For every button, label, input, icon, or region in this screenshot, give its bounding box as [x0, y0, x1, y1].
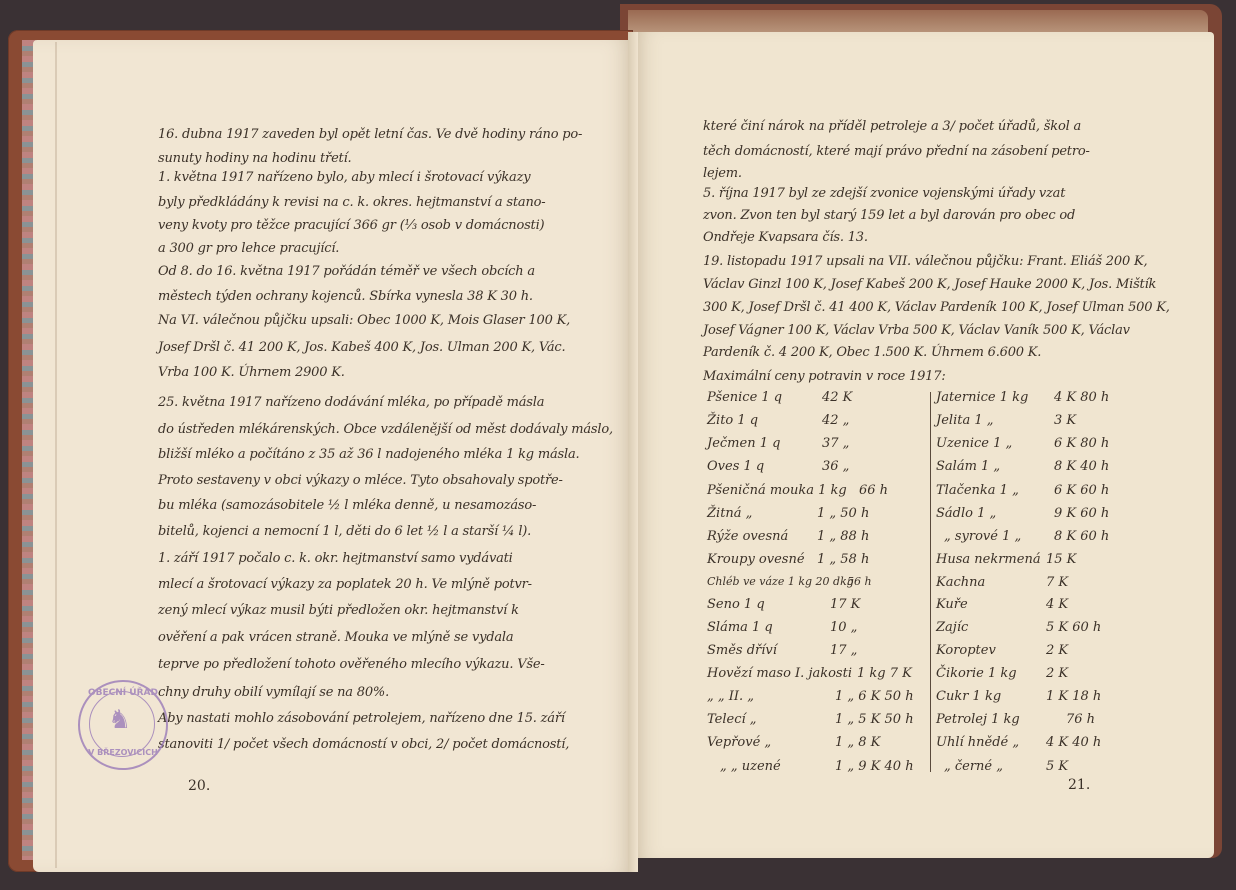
price-item: Telecí „: [707, 712, 757, 727]
price-value: 10 „: [830, 620, 857, 635]
text-line: Josef Dršl č. 41 200 K, Jos. Kabeš 400 K…: [158, 340, 565, 355]
text-line: Václav Ginzl 100 K, Josef Kabeš 200 K, J…: [703, 277, 1156, 292]
price-row: „ „ uzené1 „ 9 K 40 h: [720, 759, 781, 774]
text-line: těch domácností, které mají právo přední…: [703, 144, 1090, 159]
price-item: Žito 1 q: [707, 413, 758, 428]
price-item: Pšenice 1 q: [707, 390, 782, 405]
price-value: 37 „: [822, 436, 849, 451]
price-value: 56 h: [847, 575, 872, 588]
price-item: Chléb ve váze 1 kg 20 dkg: [707, 575, 854, 588]
page-edge-line: [55, 42, 57, 868]
text-line: 16. dubna 1917 zaveden byl opět letní ča…: [158, 127, 582, 142]
text-line: a 300 gr pro lehce pracující.: [158, 241, 339, 256]
lion-emblem-icon: ♞: [108, 707, 131, 733]
price-value: 4 K: [1046, 597, 1068, 612]
table-column-divider: [930, 392, 931, 772]
price-row: Tlačenka 1 „6 K 60 h: [936, 483, 1019, 498]
text-line: 19. listopadu 1917 upsali na VII. válečn…: [703, 254, 1147, 269]
price-row: Kachna7 K: [936, 575, 985, 590]
price-value: 42 „: [822, 413, 849, 428]
price-item: Žitná „: [707, 506, 752, 521]
text-line: bitelů, kojenci a nemocní 1 l, děti do 6…: [158, 524, 531, 539]
price-row: Zajíc5 K 60 h: [936, 620, 968, 635]
price-value: 3 K: [1054, 413, 1076, 428]
page-number-right: 21.: [1068, 777, 1090, 793]
price-row: „ syrové 1 „8 K 60 h: [944, 529, 1021, 544]
text-line: bu mléka (samozásobitele ½ l mléka denně…: [158, 498, 536, 513]
price-value: 1 kg 7 K: [857, 666, 912, 681]
price-row: Ječmen 1 q37 „: [707, 436, 780, 451]
text-line: Aby nastati mohlo zásobování petrolejem,…: [158, 711, 565, 726]
price-value: 1 „ 8 K: [835, 735, 880, 750]
price-item: Kroupy ovesné: [707, 552, 805, 567]
text-line: Maximální ceny potravin v roce 1917:: [703, 369, 946, 384]
price-row: Koroptev2 K: [936, 643, 996, 658]
price-item: Uhlí hnědé „: [936, 735, 1019, 750]
text-line: bližší mléko a počítáno z 35 až 36 l nad…: [158, 447, 579, 462]
price-item: Petrolej 1 kg: [936, 712, 1020, 727]
price-row: Směs dříví17 „: [707, 643, 777, 658]
text-line: zvon. Zvon ten byl starý 159 let a byl d…: [703, 208, 1075, 223]
price-value: 8 K 60 h: [1054, 529, 1109, 544]
text-line: 1. září 1917 počalo c. k. okr. hejtmanst…: [158, 551, 513, 566]
price-row: Rýže ovesná1 „ 88 h: [707, 529, 788, 544]
text-line: byly předkládány k revisi na c. k. okres…: [158, 195, 545, 210]
text-line: Pardeník č. 4 200 K, Obec 1.500 K. Úhrne…: [703, 345, 1041, 360]
price-row: Salám 1 „8 K 40 h: [936, 459, 1000, 474]
stamp-top-text: OBECNÍ ÚŘAD: [80, 688, 166, 698]
text-line: 300 K, Josef Dršl č. 41 400 K, Václav Pa…: [703, 300, 1170, 315]
price-row: Cukr 1 kg1 K 18 h: [936, 689, 1001, 704]
text-line: Ondřeje Kvapsara čís. 13.: [703, 230, 868, 245]
text-line: chny druhy obilí vymílají se na 80%.: [158, 685, 389, 700]
text-line: mlecí a šrotovací výkazy za poplatek 20 …: [158, 577, 532, 592]
price-value: 8 K 40 h: [1054, 459, 1109, 474]
price-value: 1 „ 5 K 50 h: [835, 712, 914, 727]
stamp-bottom-text: V BŘEZOVICÍCH: [80, 748, 166, 757]
price-item: „ „ II. „: [707, 689, 754, 704]
text-line: lejem.: [703, 166, 742, 181]
price-item: Rýže ovesná: [707, 529, 788, 544]
text-line: veny kvoty pro těžce pracující 366 gr (⅓…: [158, 218, 544, 233]
price-value: 1 „ 58 h: [817, 552, 869, 567]
price-item: Sádlo 1 „: [936, 506, 996, 521]
price-row: Uhlí hnědé „4 K 40 h: [936, 735, 1019, 750]
text-line: zený mlecí výkaz musil býti předložen ok…: [158, 603, 519, 618]
text-line: které činí nárok na příděl petroleje a 3…: [703, 119, 1081, 134]
price-item: Kuře: [936, 597, 968, 612]
price-row: Čikorie 1 kg2 K: [936, 666, 1017, 681]
price-row: Pšenice 1 q42 K: [707, 390, 782, 405]
price-item: „ syrové 1 „: [944, 529, 1021, 544]
price-item: Husa nekrmená: [936, 552, 1041, 567]
price-row: Jaternice 1 kg4 K 80 h: [936, 390, 1028, 405]
price-value: 17 „: [830, 643, 857, 658]
text-line: Josef Vágner 100 K, Václav Vrba 500 K, V…: [703, 323, 1130, 338]
price-item: Kachna: [936, 575, 985, 590]
price-row: Žito 1 q42 „: [707, 413, 758, 428]
price-item: Hovězí maso I. jakosti: [707, 666, 852, 681]
price-value: 42 K: [822, 390, 852, 405]
price-item: Oves 1 q: [707, 459, 764, 474]
text-line: Vrba 100 K. Úhrnem 2900 K.: [158, 365, 345, 380]
text-line: Na VI. válečnou půjčku upsali: Obec 1000…: [158, 313, 570, 328]
price-value: 1 „ 88 h: [817, 529, 869, 544]
price-value: 4 K 80 h: [1054, 390, 1109, 405]
price-item: Ječmen 1 q: [707, 436, 780, 451]
price-value: 7 K: [1046, 575, 1068, 590]
text-line: stanoviti 1/ počet všech domácností v ob…: [158, 737, 569, 752]
price-item: Směs dříví: [707, 643, 777, 658]
price-row: Jelita 1 „3 K: [936, 413, 993, 428]
text-line: 25. května 1917 nařízeno dodávání mléka,…: [158, 395, 544, 410]
price-item: Zajíc: [936, 620, 968, 635]
price-row: Uzenice 1 „6 K 80 h: [936, 436, 1012, 451]
price-item: Tlačenka 1 „: [936, 483, 1019, 498]
price-row: Petrolej 1 kg76 h: [936, 712, 1020, 727]
price-row: Pšeničná mouka 1 kg66 h: [707, 483, 847, 498]
price-value: 1 „ 9 K 40 h: [835, 759, 914, 774]
text-line: 5. října 1917 byl ze zdejší zvonice voje…: [703, 186, 1065, 201]
price-value: 6 K 80 h: [1054, 436, 1109, 451]
price-row: Seno 1 q17 K: [707, 597, 765, 612]
price-row: Sláma 1 q10 „: [707, 620, 773, 635]
price-value: 1 „ 50 h: [817, 506, 869, 521]
price-item: Cukr 1 kg: [936, 689, 1001, 704]
price-value: 4 K 40 h: [1046, 735, 1101, 750]
price-item: Uzenice 1 „: [936, 436, 1012, 451]
price-item: Seno 1 q: [707, 597, 765, 612]
text-line: sunuty hodiny na hodinu třetí.: [158, 151, 351, 166]
page-number-left: 20.: [188, 778, 210, 794]
price-item: „ „ uzené: [720, 759, 781, 774]
text-line: do ústředen mlékárenských. Obce vzdáleně…: [158, 422, 613, 437]
price-row: Hovězí maso I. jakosti1 kg 7 K: [707, 666, 852, 681]
price-row: Kuře4 K: [936, 597, 968, 612]
price-row: Kroupy ovesné1 „ 58 h: [707, 552, 805, 567]
text-line: ověření a pak vrácen straně. Mouka ve ml…: [158, 630, 513, 645]
price-row: Telecí „1 „ 5 K 50 h: [707, 712, 757, 727]
book-gutter: [628, 32, 638, 872]
price-value: 76 h: [1066, 712, 1095, 727]
price-item: Sláma 1 q: [707, 620, 773, 635]
text-line: městech týden ochrany kojenců. Sbírka vy…: [158, 289, 533, 304]
price-value: 66 h: [859, 483, 888, 498]
text-line: teprve po předložení tohoto ověřeného ml…: [158, 657, 545, 672]
text-line: Proto sestaveny v obci výkazy o mléce. T…: [158, 473, 563, 488]
price-value: 5 K: [1046, 759, 1068, 774]
price-row: „ „ II. „1 „ 6 K 50 h: [707, 689, 754, 704]
price-item: Salám 1 „: [936, 459, 1000, 474]
price-value: 1 „ 6 K 50 h: [835, 689, 914, 704]
price-value: 5 K 60 h: [1046, 620, 1101, 635]
price-row: Sádlo 1 „9 K 60 h: [936, 506, 996, 521]
price-item: Pšeničná mouka 1 kg: [707, 483, 847, 498]
left-page-text: 16. dubna 1917 zaveden byl opět letní ča…: [158, 0, 578, 890]
text-line: 1. května 1917 nařízeno bylo, aby mlecí …: [158, 170, 530, 185]
price-value: 2 K: [1046, 666, 1068, 681]
price-item: Koroptev: [936, 643, 996, 658]
price-item: „ černé „: [944, 759, 1003, 774]
price-value: 1 K 18 h: [1046, 689, 1101, 704]
price-value: 9 K 60 h: [1054, 506, 1109, 521]
price-value: 15 K: [1046, 552, 1076, 567]
text-line: Od 8. do 16. května 1917 pořádán téměř v…: [158, 264, 535, 279]
price-row: Vepřové „1 „ 8 K: [707, 735, 771, 750]
price-row: Oves 1 q36 „: [707, 459, 764, 474]
price-row: Husa nekrmená15 K: [936, 552, 1041, 567]
price-row: Žitná „1 „ 50 h: [707, 506, 752, 521]
price-item: Čikorie 1 kg: [936, 666, 1017, 681]
price-value: 17 K: [830, 597, 860, 612]
price-item: Vepřové „: [707, 735, 771, 750]
price-row: Chléb ve váze 1 kg 20 dkg56 h: [707, 575, 854, 588]
price-value: 2 K: [1046, 643, 1068, 658]
municipal-office-stamp: OBECNÍ ÚŘAD ♞ V BŘEZOVICÍCH: [78, 680, 168, 770]
price-row: „ černé „5 K: [944, 759, 1003, 774]
price-value: 36 „: [822, 459, 849, 474]
price-value: 6 K 60 h: [1054, 483, 1109, 498]
price-item: Jelita 1 „: [936, 413, 993, 428]
price-item: Jaternice 1 kg: [936, 390, 1028, 405]
